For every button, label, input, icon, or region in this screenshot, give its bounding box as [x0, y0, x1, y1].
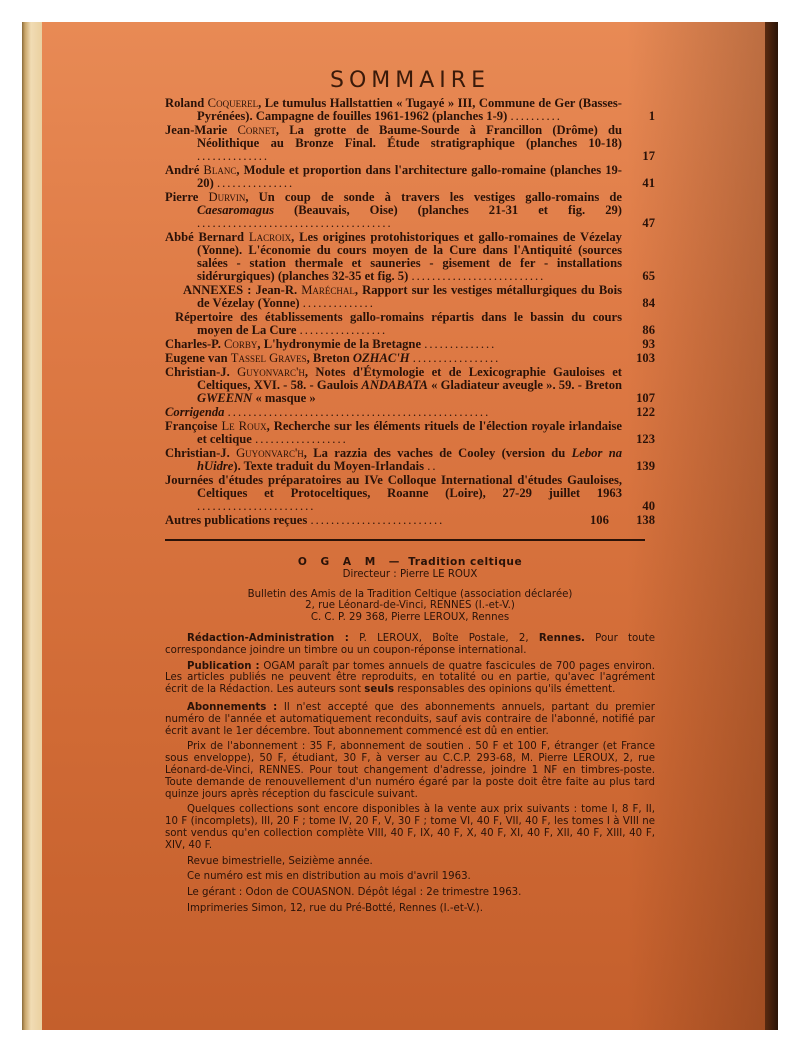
- text: P. LEROUX, Boîte Postale, 2,: [349, 633, 539, 644]
- article-title: , Un coup de sonde à travers les vestige…: [245, 190, 622, 204]
- toc-entry: Pierre Durvin, Un coup de sonde à traver…: [165, 191, 655, 230]
- page-number: 40: [622, 500, 655, 513]
- page-number-2: 138: [622, 514, 655, 527]
- page-content: SOMMAIRE Roland Coquerel, Le tumulus Hal…: [165, 0, 655, 919]
- bold-text: Rennes.: [539, 633, 585, 644]
- article-title: , Breton: [307, 351, 353, 365]
- toc-entry: Roland Coquerel, Le tumulus Hallstattien…: [165, 97, 655, 123]
- page-number: 86: [622, 324, 655, 337]
- distribution-line: Ce numéro est mis en distribution au moi…: [165, 871, 655, 883]
- toc-entry: Corrigenda .............................…: [165, 406, 655, 419]
- page-number: 103: [622, 352, 655, 365]
- author-last-name: Durvin: [208, 190, 245, 204]
- article-title: , La razzia des vaches de Cooley (versio…: [304, 446, 572, 460]
- toc-entry: Charles-P. Corby, L'hydronymie de la Bre…: [165, 338, 655, 351]
- book-binding-strip: [22, 22, 42, 1030]
- author-first-name: Eugene van: [165, 351, 228, 365]
- label: Rédaction-Administration :: [187, 633, 349, 644]
- author-last-name: Corby: [224, 337, 257, 351]
- journal-title: O G A M: [298, 556, 381, 568]
- abonnements-paragraph: Abonnements : Il n'est accepté que des a…: [165, 702, 655, 737]
- article-title: , L'hydronymie de la Bretagne: [257, 337, 421, 351]
- collections-paragraph: Quelques collections sont encore disponi…: [165, 804, 655, 851]
- article-title-cont: ). Texte traduit du Moyen-Irlandais: [233, 459, 424, 473]
- colophon: O G A M — Tradition celtique Directeur :…: [165, 557, 655, 915]
- toc-entry: Autres publications reçues .............…: [165, 514, 655, 527]
- table-of-contents: Roland Coquerel, Le tumulus Hallstattien…: [165, 97, 655, 527]
- author-last-name: Le Roux: [221, 419, 266, 433]
- author-first-name: Pierre: [165, 190, 198, 204]
- bold-text: seuls: [364, 684, 394, 695]
- toc-entry: Christian-J. Guyonvarc'h, Notes d'Étymol…: [165, 366, 655, 405]
- toc-entry-annex: ANNEXES : Jean-R. Maréchal, Rapport sur …: [165, 284, 655, 310]
- article-title: Répertoire des établissements gallo-roma…: [175, 310, 622, 337]
- author-first-name: Charles-P.: [165, 337, 221, 351]
- author-last-name: Guyonvarc'h: [237, 365, 305, 379]
- journal-name: O G A M — Tradition celtique: [165, 557, 655, 569]
- article-title-italic: GWEENN: [197, 391, 252, 405]
- page-number: 139: [622, 460, 655, 473]
- author-last-name: Maréchal: [301, 283, 355, 297]
- sommaire-title: SOMMAIRE: [165, 68, 655, 93]
- author-last-name: Tassel Graves: [231, 351, 307, 365]
- article-title-cont: (Beauvais, Oise) (planches 21-31 et fig.…: [274, 203, 622, 217]
- page-number: 17: [622, 150, 655, 163]
- toc-entry: Eugene van Tassel Graves, Breton OZHAC'H…: [165, 352, 655, 365]
- prix-paragraph: Prix de l'abonnement : 35 F, abonnement …: [165, 741, 655, 800]
- label: Publication :: [187, 661, 260, 672]
- dash: —: [389, 556, 400, 568]
- page-number: 47: [622, 217, 655, 230]
- article-title-cont: « Gladiateur aveugle ». 59. - Breton: [428, 378, 622, 392]
- article-title: Autres publications reçues: [165, 513, 307, 527]
- author-first-name: Abbé Bernard: [165, 230, 244, 244]
- text: responsables des opinions qu'ils émetten…: [394, 684, 615, 695]
- article-title-italic: ANDABATA: [361, 378, 428, 392]
- ccp: C. C. P. 29 368, Pierre LEROUX, Rennes: [165, 612, 655, 624]
- toc-entry: Journées d'études préparatoires au IVe C…: [165, 474, 655, 513]
- publication-paragraph: Publication : OGAM paraît par tomes annu…: [165, 661, 655, 696]
- page-number: 84: [622, 297, 655, 310]
- label: Abonnements :: [187, 702, 277, 713]
- page-number: 1: [622, 110, 655, 123]
- page-number: 41: [622, 177, 655, 190]
- bulletin: Bulletin des Amis de la Tradition Celtiq…: [165, 589, 655, 601]
- toc-entry: André Blanc, Module et proportion dans l…: [165, 164, 655, 190]
- toc-entry: Jean-Marie Cornet, La grotte de Baume-So…: [165, 124, 655, 163]
- toc-entry: Abbé Bernard Lacroix, Les origines proto…: [165, 231, 655, 283]
- toc-entry: Christian-J. Guyonvarc'h, La razzia des …: [165, 447, 655, 473]
- author-first-name: Christian-J.: [165, 365, 230, 379]
- page-number: 107: [622, 392, 655, 405]
- author-last-name: Blanc: [203, 163, 236, 177]
- page-shadow-edge: [765, 22, 778, 1030]
- page-number: 123: [622, 433, 655, 446]
- page-number: 93: [622, 338, 655, 351]
- toc-entry-annex: Répertoire des établissements gallo-roma…: [165, 311, 655, 337]
- gerant-line: Le gérant : Odon de COUASNON. Dépôt léga…: [165, 887, 655, 899]
- imprimeries-line: Imprimeries Simon, 12, rue du Pré-Botté,…: [165, 903, 655, 915]
- author-last-name: Guyonvarc'h: [236, 446, 304, 460]
- author-first-name: Françoise: [165, 419, 217, 433]
- article-title-cont: « masque »: [252, 391, 315, 405]
- page-number: 122: [622, 406, 655, 419]
- annex-prefix: ANNEXES : Jean-R.: [183, 283, 297, 297]
- toc-entry: Françoise Le Roux, Recherche sur les élé…: [165, 420, 655, 446]
- author-first-name: Christian-J.: [165, 446, 230, 460]
- redaction-paragraph: Rédaction-Administration : P. LEROUX, Bo…: [165, 633, 655, 657]
- article-title-italic: OZHAC'H: [353, 351, 410, 365]
- directeur: Directeur : Pierre LE ROUX: [165, 569, 655, 581]
- section-divider: [165, 539, 645, 541]
- author-last-name: Coquerel: [208, 96, 258, 110]
- author-first-name: Roland: [165, 96, 204, 110]
- revue-line: Revue bimestrielle, Seizième année.: [165, 856, 655, 868]
- article-title-italic: Caesaromagus: [197, 203, 274, 217]
- address: 2, rue Léonard-de-Vinci, RENNES (I.-et-V…: [165, 600, 655, 612]
- article-title: Journées d'études préparatoires au IVe C…: [165, 473, 622, 500]
- author-first-name: Jean-Marie: [165, 123, 227, 137]
- page-number: 65: [622, 270, 655, 283]
- author-last-name: Lacroix: [249, 230, 291, 244]
- journal-subtitle: Tradition celtique: [408, 556, 522, 568]
- article-title-italic: Corrigenda: [165, 405, 224, 419]
- author-first-name: André: [165, 163, 199, 177]
- author-last-name: Cornet: [237, 123, 275, 137]
